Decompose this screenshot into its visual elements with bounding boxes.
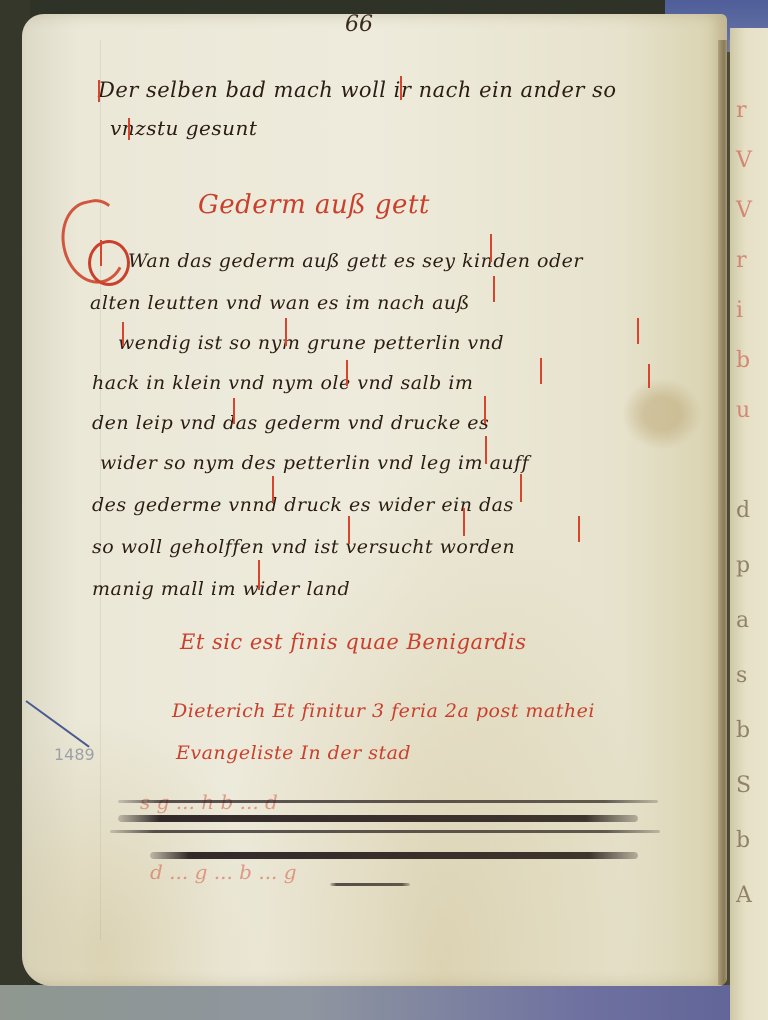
strike-through [118, 800, 658, 803]
text-line: Der selben bad mach woll ir nach ein and… [98, 78, 617, 102]
facing-page-brown-glyph: b [736, 830, 748, 852]
text-line: den leip vnd das gederm vnd drucke es [92, 412, 489, 434]
text-line: wider so nym des petterlin vnd leg im au… [100, 452, 529, 474]
rubric-stroke [648, 364, 650, 388]
rubric-stroke [98, 80, 100, 102]
strike-through [330, 883, 410, 886]
facing-page-red-glyph: r [736, 250, 745, 272]
ruling-line [100, 40, 101, 940]
text-line: manig mall im wider land [92, 578, 350, 600]
facing-page-brown-glyph: S [736, 775, 749, 797]
folio-number: 66 [345, 12, 373, 37]
facing-page-brown-glyph: b [736, 720, 748, 742]
facing-page-red-glyph: V [736, 200, 750, 222]
rubric-stroke [578, 516, 580, 542]
rubric-stroke [272, 476, 274, 502]
rubric-stroke [484, 396, 486, 424]
rubric-stroke [490, 234, 492, 262]
rubric-stroke [463, 508, 465, 536]
rubric-heading: Gederm auß gett [198, 190, 430, 220]
facing-page-brown-glyph: A [736, 885, 750, 907]
text-line: des gederme vnnd druck es wider ein das [92, 494, 514, 516]
struck-out-text: d ... g ... b ... g [150, 860, 297, 884]
text-line: hack in klein vnd nym ole vnd salb im [92, 372, 473, 394]
strike-through [150, 852, 638, 859]
text-line: Wan das gederm auß gett es sey kinden od… [128, 250, 583, 272]
rubric-stroke [122, 322, 124, 346]
facing-page [730, 28, 768, 1020]
facing-page-brown-glyph: a [736, 610, 747, 632]
strike-through [118, 815, 638, 822]
rubric-stroke [493, 276, 495, 302]
margin-pencil-note: 1489 [54, 745, 95, 764]
strike-through [110, 830, 660, 833]
rubric-stroke [346, 360, 348, 386]
page-gutter [718, 40, 730, 985]
rubric-stroke [348, 516, 350, 544]
facing-page-red-glyph: V [736, 150, 750, 172]
facing-page-brown-glyph: s [736, 665, 745, 687]
facing-page-red-glyph: i [736, 300, 741, 322]
rubric-stroke [233, 398, 235, 424]
text-line: alten leutten vnd wan es im nach auß [90, 292, 470, 314]
colophon-line: Dieterich Et finitur 3 feria 2a post mat… [172, 700, 595, 722]
colophon-line: Et sic est finis quae Benigardis [180, 630, 527, 654]
facing-page-brown-glyph: d [736, 500, 748, 522]
colophon-line: Evangeliste In der stad [176, 742, 411, 764]
rubric-stroke [100, 240, 102, 266]
decorated-initial-inner [88, 240, 130, 286]
facing-page-red-glyph: r [736, 100, 745, 122]
facing-page-red-glyph: b [736, 350, 748, 372]
rubric-stroke [285, 318, 287, 346]
text-line: vnzstu gesunt [110, 116, 257, 140]
text-line: so woll geholffen vnd ist versucht worde… [92, 536, 515, 558]
rubric-stroke [520, 474, 522, 502]
rubric-stroke [258, 560, 260, 590]
text-line: wendig ist so nym grune petterlin vnd [118, 332, 504, 354]
rubric-stroke [540, 358, 542, 384]
facing-page-brown-glyph: p [736, 555, 748, 577]
rubric-stroke [637, 318, 639, 344]
rubric-stroke [128, 118, 130, 140]
rubric-stroke [400, 76, 402, 100]
rubric-stroke [485, 436, 487, 464]
background-bottom [0, 985, 768, 1020]
facing-page-red-glyph: u [736, 400, 748, 422]
